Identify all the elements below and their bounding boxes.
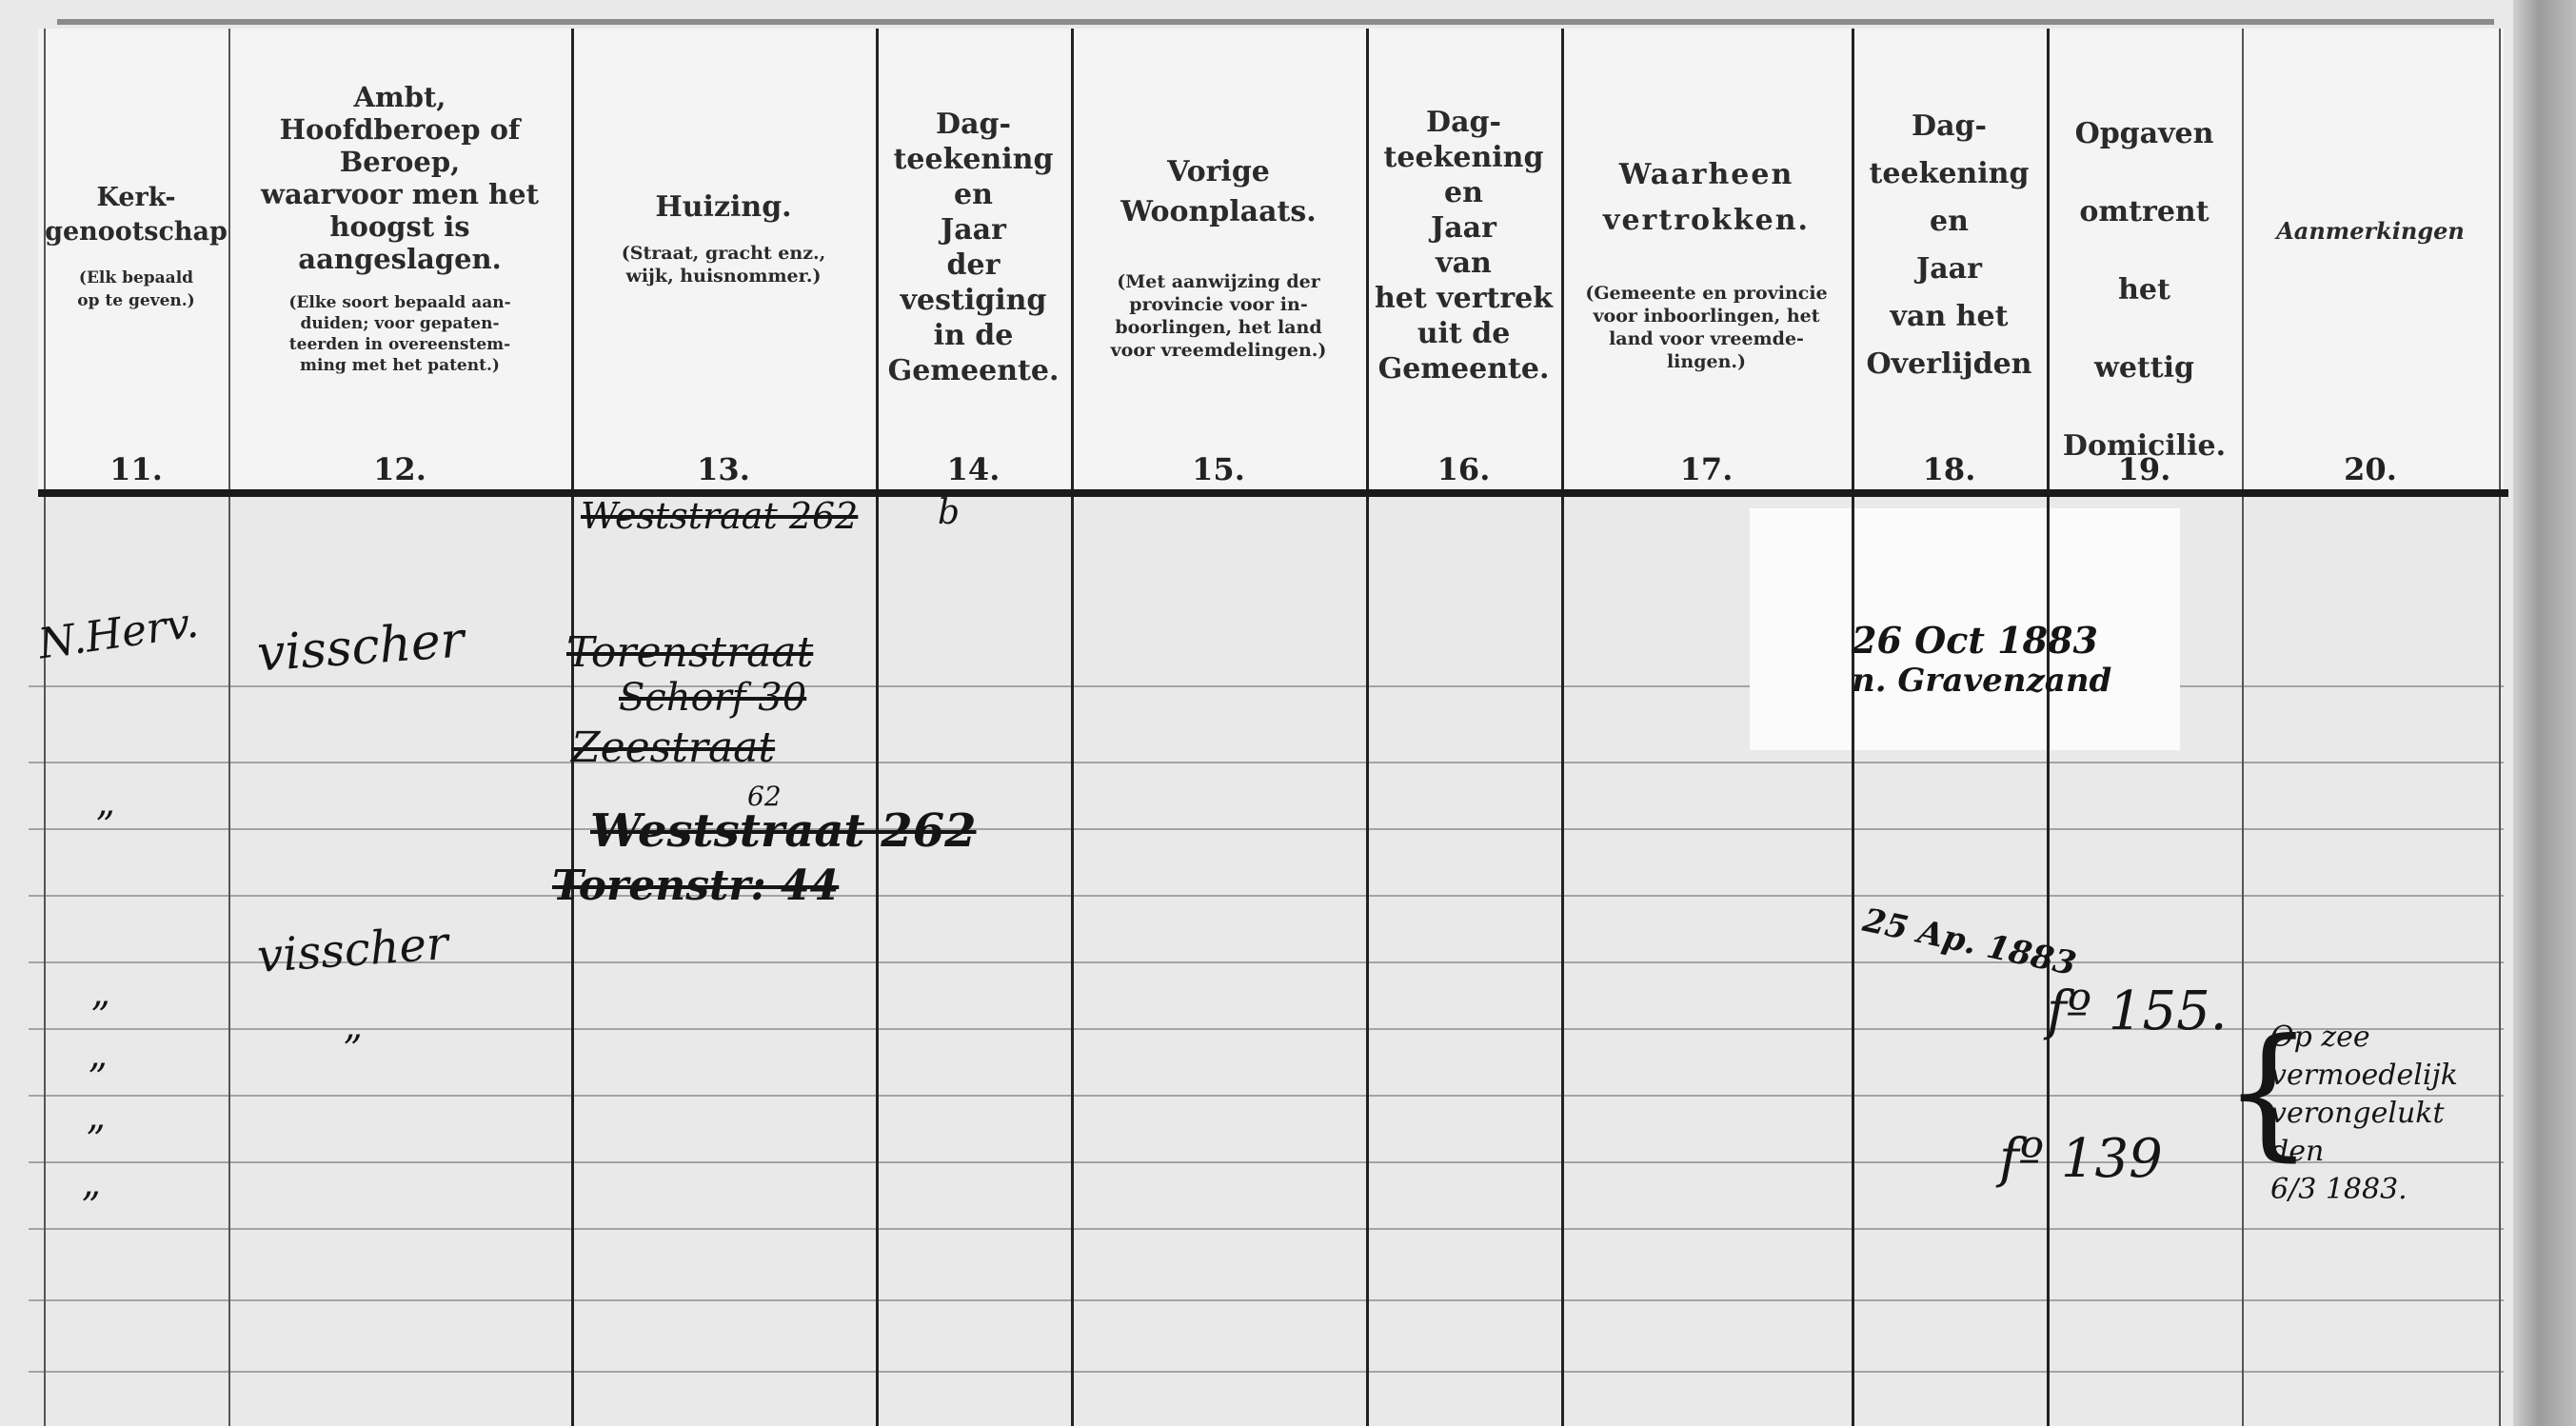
occupation-entry: visscher bbox=[255, 917, 449, 983]
column-title: Aanmerkingen bbox=[2276, 214, 2465, 248]
address-entry: Weststraat 262 bbox=[590, 804, 977, 858]
column-header-11: Kerk- genootschap (Elk bepaald op te gev… bbox=[44, 38, 228, 485]
religion-entry: N.Herv. bbox=[35, 599, 201, 669]
column-note: (Elke soort bepaald aan- duiden; voor ge… bbox=[288, 292, 510, 376]
column-title: Dag- teekening en Jaar van het Overlijde… bbox=[1867, 103, 2032, 388]
ruled-line bbox=[29, 895, 2504, 897]
ruled-line bbox=[29, 762, 2504, 763]
column-number: 12. bbox=[228, 451, 571, 487]
page-edge bbox=[2513, 0, 2576, 1426]
ruled-line bbox=[29, 828, 2504, 830]
ditto-mark: ” bbox=[88, 1057, 107, 1100]
column-title: Waarheen vertrokken. bbox=[1603, 152, 1810, 244]
death-place-entry: n. Gravenzand bbox=[1852, 662, 2111, 700]
column-title: Huizing. bbox=[655, 190, 791, 225]
column-number: 20. bbox=[2242, 451, 2499, 487]
column-note: (Gemeente en provincie voor inboorlingen… bbox=[1585, 282, 1827, 373]
address-struck: Weststraat 262 bbox=[581, 495, 858, 537]
ruled-line bbox=[29, 1299, 2504, 1301]
address-struck: Zeestraat bbox=[571, 723, 775, 772]
column-title: Dag- teekening en Jaar der vestiging in … bbox=[888, 107, 1060, 388]
column-note: (Met aanwijzing der provincie voor in- b… bbox=[1111, 270, 1327, 362]
folio-entry: fº 155. bbox=[2047, 980, 2228, 1042]
ditto-mark: ” bbox=[90, 995, 109, 1039]
register-page: Kerk- genootschap (Elk bepaald op te gev… bbox=[0, 0, 2513, 1426]
column-header-12: Ambt, Hoofdberoep of Beroep, waarvoor me… bbox=[228, 38, 571, 485]
column-header-13: Huizing. (Straat, gracht enz., wijk, hui… bbox=[571, 38, 876, 485]
ruled-line bbox=[29, 1095, 2504, 1097]
column-number: 11. bbox=[44, 451, 228, 487]
column-number: 14. bbox=[876, 451, 1071, 487]
remark-entry: Op zee vermoedelijk verongelukt den 6/3 … bbox=[2270, 1019, 2499, 1209]
column-header-20: Aanmerkingen 20. bbox=[2242, 38, 2499, 485]
column-number: 19. bbox=[2047, 451, 2242, 487]
column-number: 17. bbox=[1561, 451, 1852, 487]
column-header-15: Vorige Woonplaats. (Met aanwijzing der p… bbox=[1071, 38, 1366, 485]
address-struck: Schorf 30 bbox=[619, 676, 806, 720]
death-date-entry: 26 Oct 1883 bbox=[1852, 619, 2098, 662]
column-title: Kerk- genootschap bbox=[45, 181, 228, 249]
column-number: 15. bbox=[1071, 451, 1366, 487]
column-number: 13. bbox=[571, 451, 876, 487]
column-title: Ambt, Hoofdberoep of Beroep, waarvoor me… bbox=[236, 81, 564, 275]
address-entry: Torenstr: 44 bbox=[552, 862, 839, 910]
column-header-14: Dag- teekening en Jaar der vestiging in … bbox=[876, 38, 1071, 485]
column-title: Vorige Woonplaats. bbox=[1120, 152, 1317, 232]
ditto-mark: ” bbox=[95, 804, 114, 848]
ruled-line bbox=[29, 1371, 2504, 1373]
column-number: 18. bbox=[1852, 451, 2047, 487]
column-header-18: Dag- teekening en Jaar van het Overlijde… bbox=[1852, 38, 2047, 485]
ruled-line bbox=[29, 1228, 2504, 1230]
column-title: Dag- teekening en Jaar van het vertrek u… bbox=[1375, 105, 1553, 386]
header-rule bbox=[38, 489, 2508, 497]
column-note: (Elk bepaald op te geven.) bbox=[77, 267, 194, 312]
column-title: Opgaven omtrent het wettig Domicilie. bbox=[2054, 95, 2234, 485]
occupation-entry: visscher bbox=[255, 611, 466, 683]
column-note: (Straat, gracht enz., wijk, huisnommer.) bbox=[622, 242, 825, 287]
column-number: 16. bbox=[1366, 451, 1561, 487]
folio-entry: fº 139 bbox=[1999, 1128, 2163, 1190]
address-struck: Torenstraat bbox=[566, 628, 813, 677]
column-header-17: Waarheen vertrokken. (Gemeente en provin… bbox=[1561, 38, 1852, 485]
column-header-19: Opgaven omtrent het wettig Domicilie. 19… bbox=[2047, 38, 2242, 485]
ditto-mark: ” bbox=[343, 1028, 362, 1072]
ditto-mark: ” bbox=[81, 1185, 100, 1229]
top-rule bbox=[57, 19, 2494, 25]
column-divider bbox=[2499, 29, 2501, 1426]
ditto-mark: ” bbox=[86, 1119, 105, 1162]
settlement-mark: b bbox=[938, 493, 960, 532]
column-header-16: Dag- teekening en Jaar van het vertrek u… bbox=[1366, 38, 1561, 485]
